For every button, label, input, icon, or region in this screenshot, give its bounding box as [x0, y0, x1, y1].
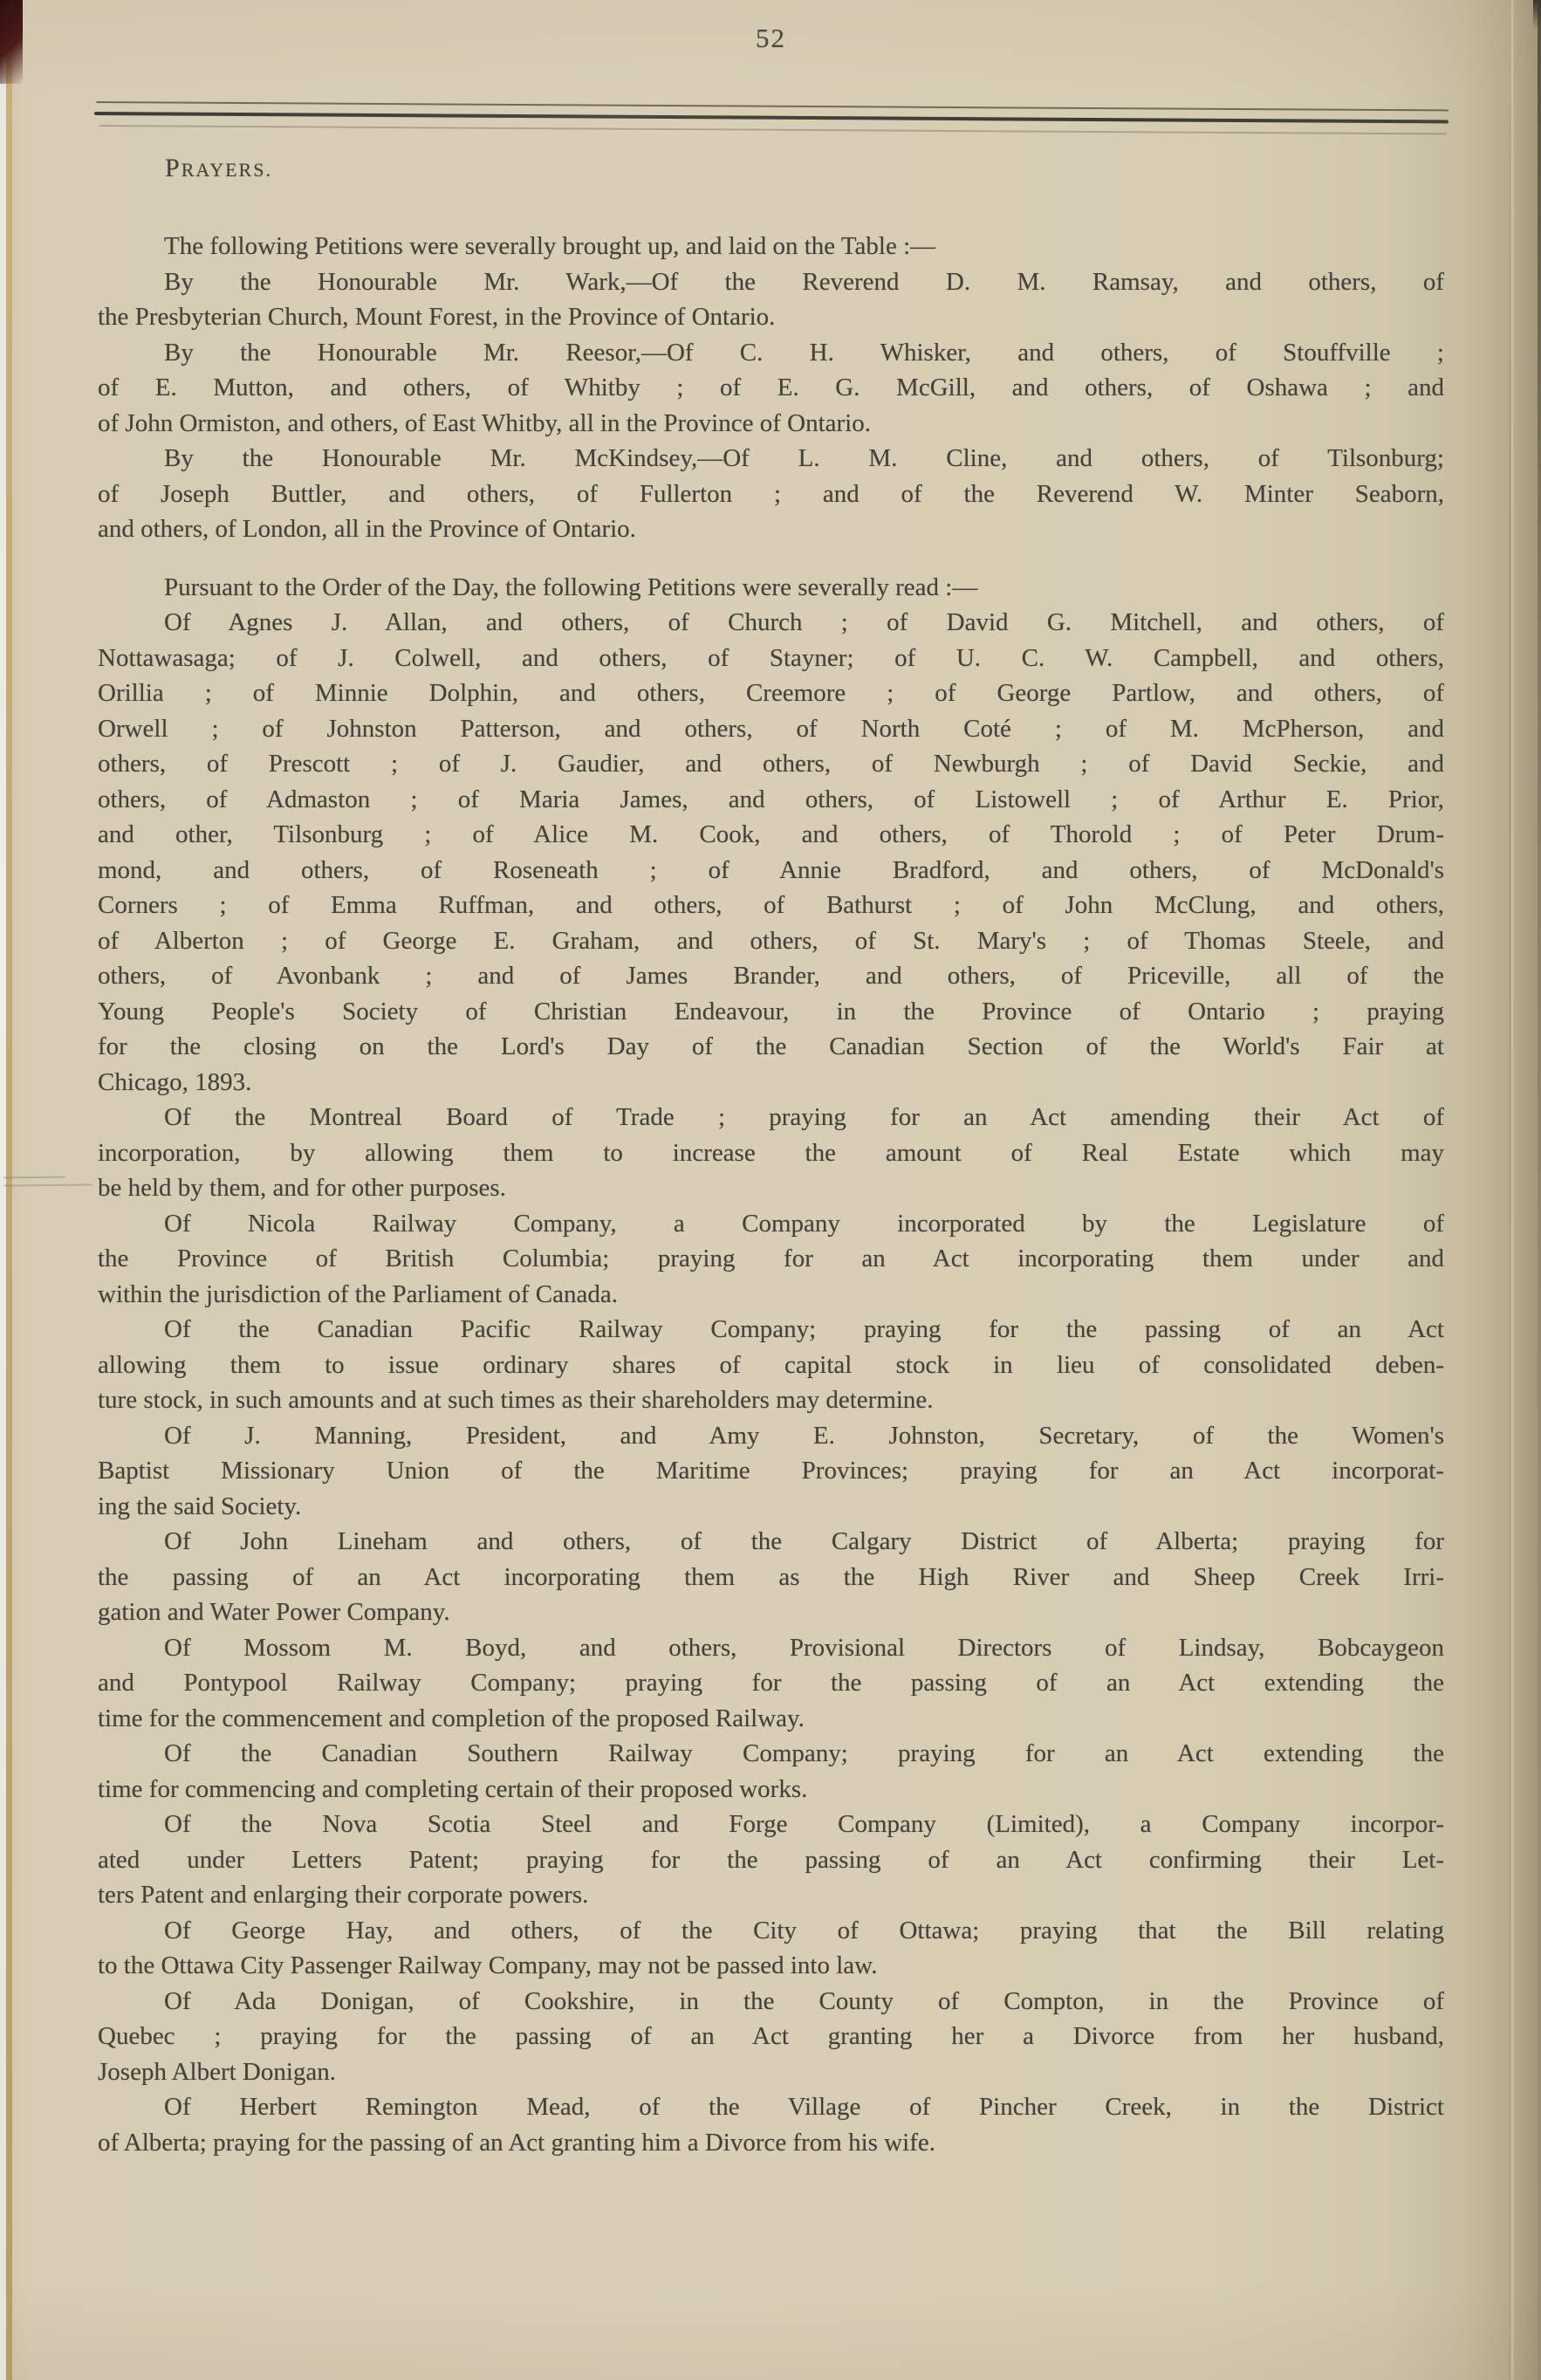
text-line: Orwell ; of Johnston Patterson, and othe… [98, 711, 1444, 747]
text-line: Quebec ; praying for the passing of an A… [98, 2019, 1444, 2054]
paragraph: Of the Canadian Pacific Railway Company;… [98, 1312, 1444, 1418]
text-line: of John Ormiston, and others, of East Wh… [98, 406, 1444, 442]
text-line: others, of Avonbank ; and of James Brand… [98, 958, 1444, 994]
text-line: Chicago, 1893. [98, 1065, 1444, 1101]
text-line: allowing them to issue ordinary shares o… [98, 1348, 1444, 1383]
page-left-edge [0, 0, 6, 2380]
text-line: mond, and others, of Roseneath ; of Anni… [98, 853, 1444, 888]
text-line: Nottawasaga; of J. Colwell, and others, … [98, 641, 1444, 676]
text-line: Of Nicola Railway Company, a Company inc… [98, 1206, 1444, 1242]
text-line: and other, Tilsonburg ; of Alice M. Cook… [98, 817, 1444, 853]
text-line: Of Herbert Remington Mead, of the Villag… [98, 2089, 1444, 2125]
paragraph: Of George Hay, and others, of the City o… [98, 1913, 1444, 1984]
paragraph: Of Nicola Railway Company, a Company inc… [98, 1206, 1444, 1313]
text-line: others, of Admaston ; of Maria James, an… [98, 782, 1444, 818]
paragraph: By the Honourable Mr. Reesor,—Of C. H. W… [98, 335, 1444, 442]
text-line: others, of Prescott ; of J. Gaudier, and… [98, 746, 1444, 782]
text-line: of Alberta; praying for the passing of a… [98, 2125, 1444, 2161]
text-line: within the jurisdiction of the Parliamen… [98, 1277, 1444, 1313]
text-line: The following Petitions were severally b… [98, 229, 1444, 264]
text-line: Of Ada Donigan, of Cookshire, in the Cou… [98, 1984, 1444, 2020]
text-line: Of Agnes J. Allan, and others, of Church… [98, 605, 1444, 641]
text-line: of E. Mutton, and others, of Whitby ; of… [98, 370, 1444, 406]
text-line: time for the commencement and completion… [98, 1701, 1444, 1737]
text-line: Of the Canadian Pacific Railway Company;… [98, 1312, 1444, 1348]
text-line: ing the said Society. [98, 1489, 1444, 1525]
text-line: By the Honourable Mr. McKindsey,—Of L. M… [98, 441, 1444, 477]
text-line: to the Ottawa City Passenger Railway Com… [98, 1948, 1444, 1984]
text-line: incorporation, by allowing them to incre… [98, 1135, 1444, 1171]
double-rule [94, 101, 1449, 141]
text-line: the Province of British Columbia; prayin… [98, 1241, 1444, 1277]
paragraph: Of the Nova Scotia Steel and Forge Compa… [98, 1807, 1444, 1913]
text-line: for the closing on the Lord's Day of the… [98, 1029, 1444, 1065]
text-line: Of Mossom M. Boyd, and others, Provision… [98, 1630, 1444, 1666]
text-line: time for commencing and completing certa… [98, 1772, 1444, 1807]
text-line: Joseph Albert Donigan. [98, 2054, 1444, 2090]
text-line: Of the Canadian Southern Railway Company… [98, 1736, 1444, 1772]
paragraph: By the Honourable Mr. Wark,—Of the Rever… [98, 264, 1444, 335]
paragraph: Of Agnes J. Allan, and others, of Church… [98, 605, 1444, 1100]
text-line: Pursuant to the Order of the Day, the fo… [98, 570, 1444, 606]
text-line: and Pontypool Railway Company; praying f… [98, 1665, 1444, 1701]
text-line: Of John Lineham and others, of the Calga… [98, 1524, 1444, 1560]
text-line: Of the Nova Scotia Steel and Forge Compa… [98, 1807, 1444, 1842]
prayers-heading-initial: P [165, 154, 181, 182]
paragraph: The following Petitions were severally b… [98, 229, 1444, 264]
paragraph: By the Honourable Mr. McKindsey,—Of L. M… [98, 441, 1444, 547]
text-line: the Presbyterian Church, Mount Forest, i… [98, 299, 1444, 335]
rule-line-ghost [99, 125, 1447, 134]
paragraph: Of Ada Donigan, of Cookshire, in the Cou… [98, 1984, 1444, 2090]
rule-line-thin [96, 101, 1449, 111]
prayers-heading: PRAYERS. [165, 154, 272, 183]
text-line: By the Honourable Mr. Reesor,—Of C. H. W… [98, 335, 1444, 371]
paragraph: Of the Montreal Board of Trade ; praying… [98, 1100, 1444, 1206]
text-line: By the Honourable Mr. Wark,—Of the Rever… [98, 264, 1444, 300]
content: The following Petitions were severally b… [98, 229, 1444, 2160]
text-line: Orillia ; of Minnie Dolphin, and others,… [98, 676, 1444, 711]
rule-line-thick [94, 112, 1449, 123]
paragraph: Of Mossom M. Boyd, and others, Provision… [98, 1630, 1444, 1737]
text-line: Young People's Society of Christian Ende… [98, 994, 1444, 1030]
text-line: Of J. Manning, President, and Amy E. Joh… [98, 1418, 1444, 1454]
scanned-journal-page: 52 PRAYERS. The following Petitions were… [0, 0, 1541, 2380]
text-line: ture stock, in such amounts and at such … [98, 1382, 1444, 1418]
page-right-edge [1538, 0, 1541, 2380]
scan-corner-artifact-top-left [0, 0, 23, 84]
prayers-heading-rest: RAYERS. [181, 159, 272, 181]
paragraph: Pursuant to the Order of the Day, the fo… [98, 570, 1444, 606]
paragraph: Of John Lineham and others, of the Calga… [98, 1524, 1444, 1630]
text-line: and others, of London, all in the Provin… [98, 511, 1444, 547]
text-line: ters Patent and enlarging their corporat… [98, 1877, 1444, 1913]
paragraph: Of Herbert Remington Mead, of the Villag… [98, 2089, 1444, 2160]
paragraph: Of J. Manning, President, and Amy E. Joh… [98, 1418, 1444, 1525]
page-crease [1509, 0, 1511, 2380]
text-line: Corners ; of Emma Ruffman, and others, o… [98, 888, 1444, 923]
text-line: the passing of an Act incorporating them… [98, 1560, 1444, 1595]
text-line: be held by them, and for other purposes. [98, 1170, 1444, 1206]
page-number: 52 [98, 23, 1444, 54]
paragraph: Of the Canadian Southern Railway Company… [98, 1736, 1444, 1807]
text-line: of Alberton ; of George E. Graham, and o… [98, 923, 1444, 959]
text-line: Baptist Missionary Union of the Maritime… [98, 1453, 1444, 1489]
page-left-edge-line [6, 0, 12, 2380]
margin-pencil-mark [3, 1175, 92, 1189]
text-line: of Joseph Buttler, and others, of Fuller… [98, 477, 1444, 512]
text-line: ated under Letters Patent; praying for t… [98, 1842, 1444, 1878]
text-line: Of the Montreal Board of Trade ; praying… [98, 1100, 1444, 1135]
text-line: Of George Hay, and others, of the City o… [98, 1913, 1444, 1949]
text-line: gation and Water Power Company. [98, 1595, 1444, 1630]
